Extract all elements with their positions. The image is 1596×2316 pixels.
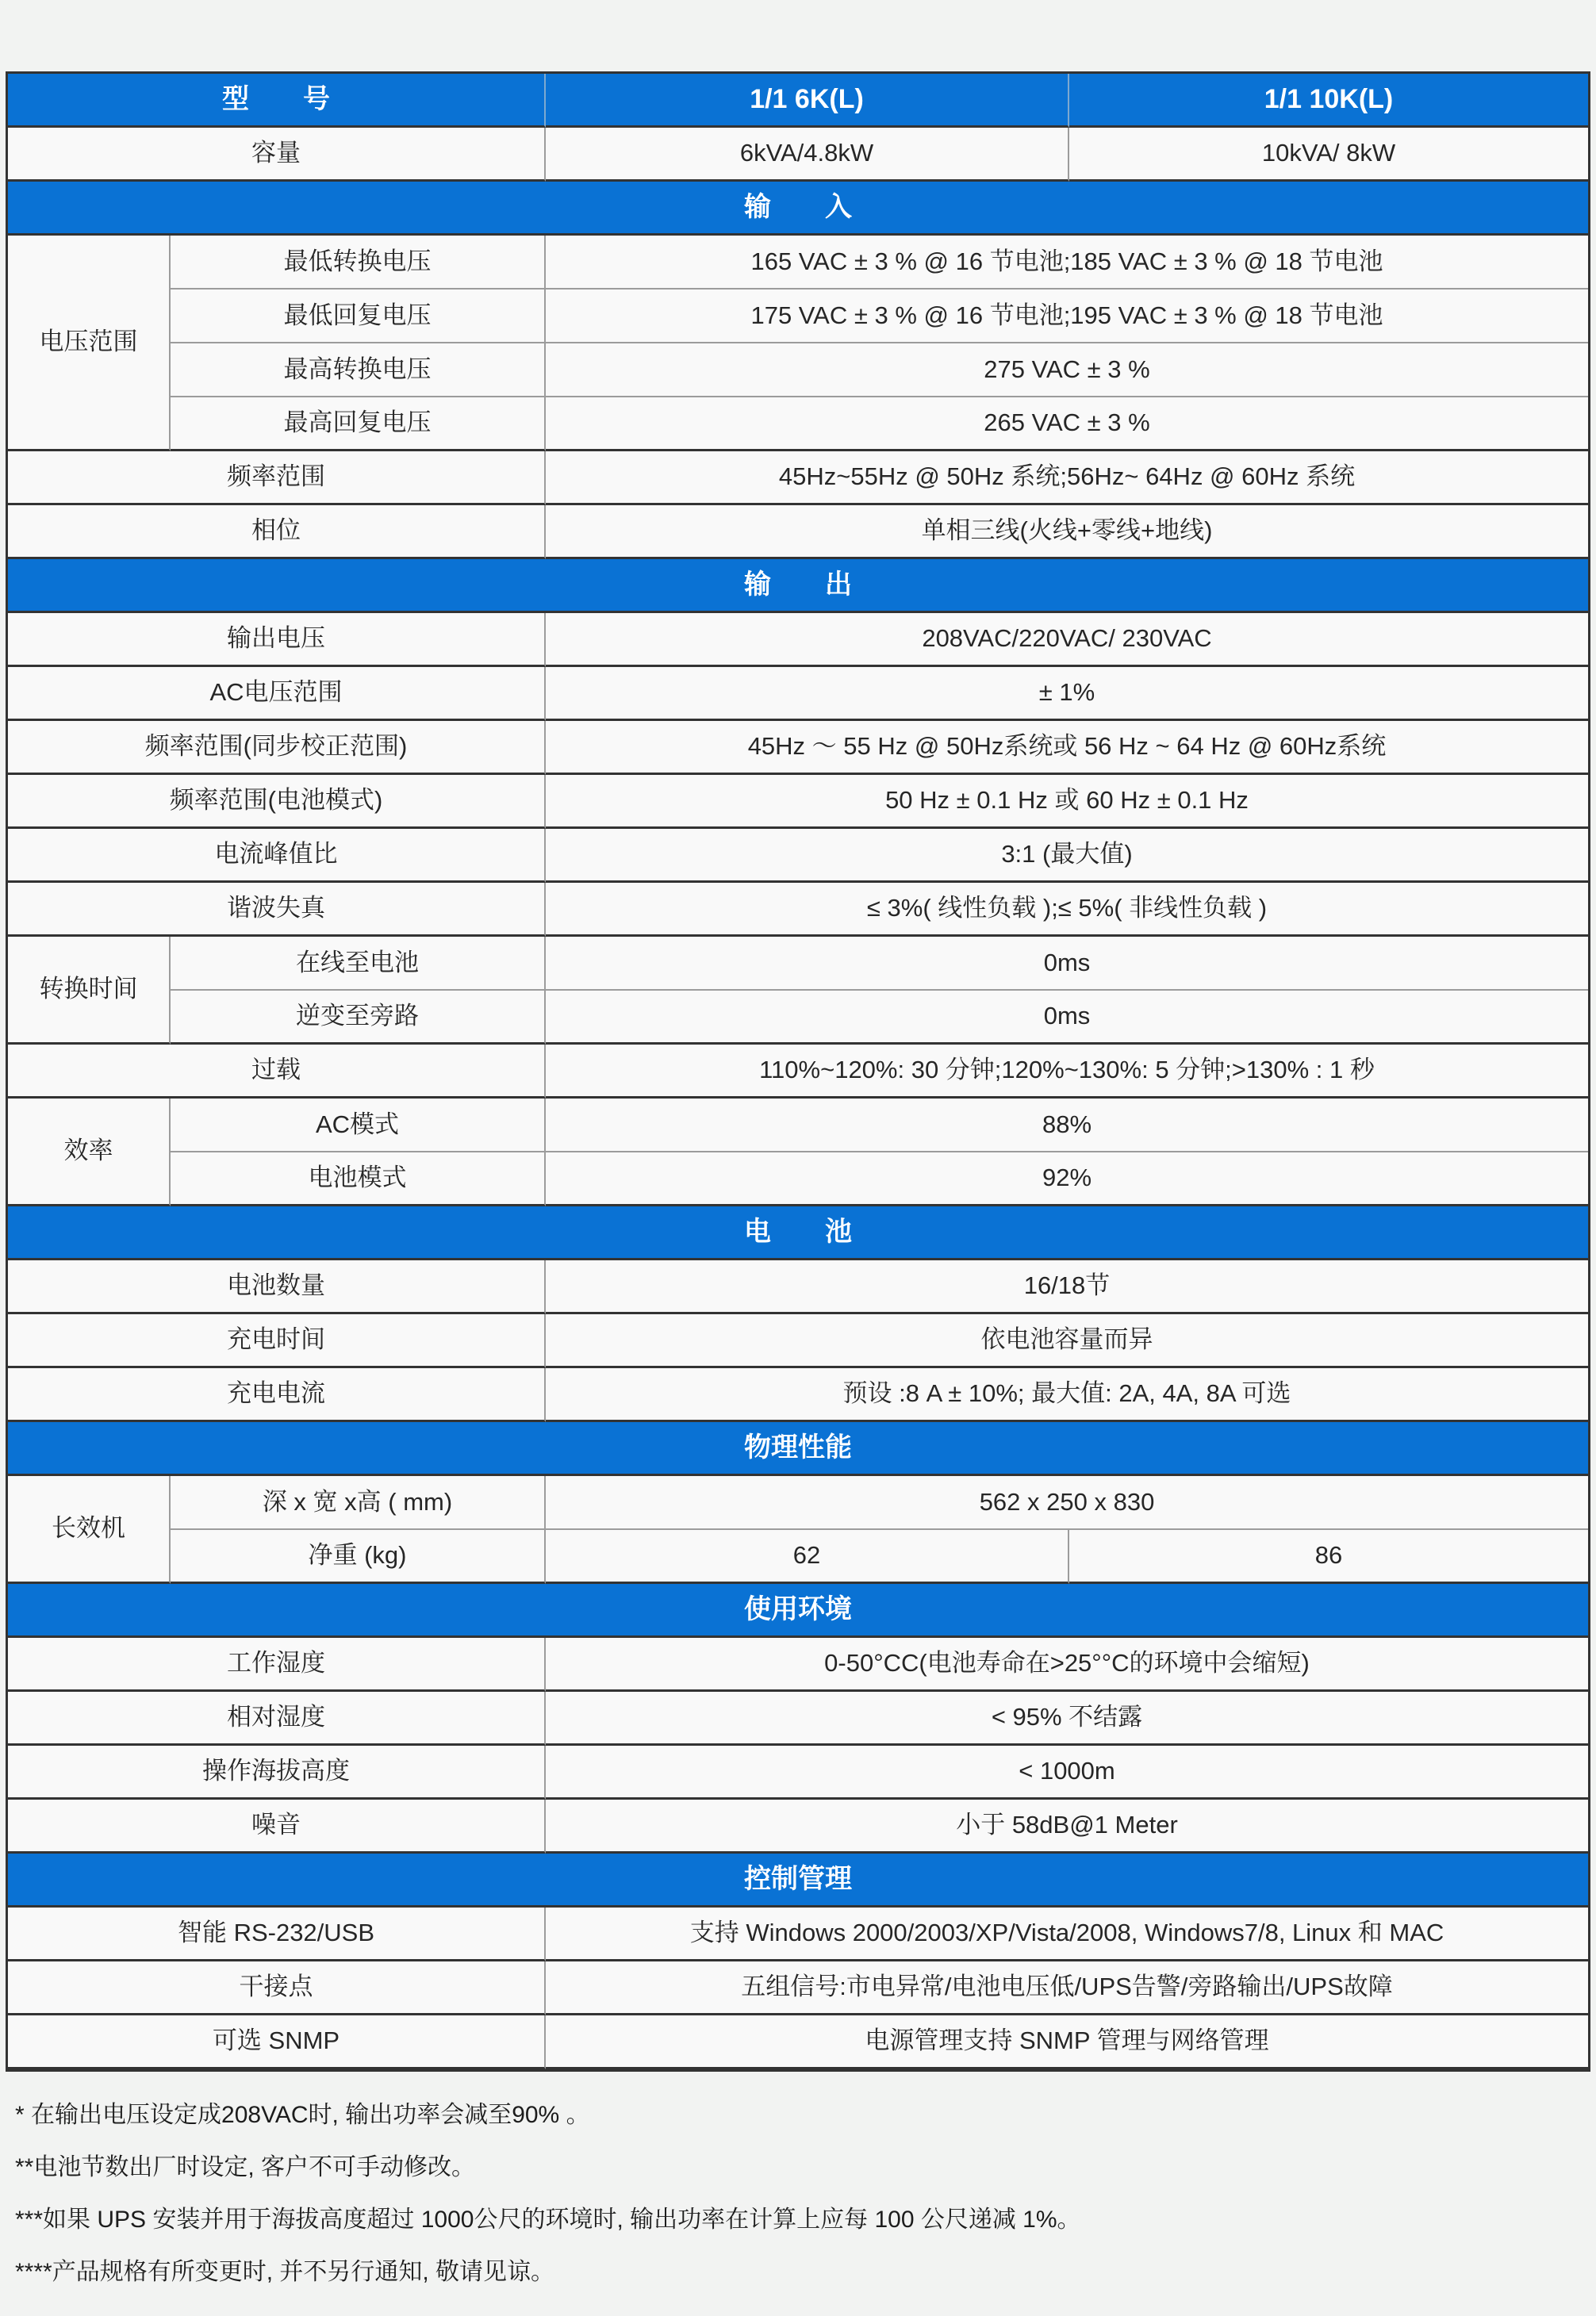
row-label: 相位 (8, 505, 546, 559)
row-label: 可选 SNMP (8, 2015, 546, 2069)
row-value: 0-50°CC(电池寿命在>25°°C的环境中会缩短) (546, 1638, 1588, 1692)
row-value: 45Hz~55Hz @ 50Hz 系统;56Hz~ 64Hz @ 60Hz 系统 (546, 451, 1588, 505)
footnote: **电池节数出厂时设定, 客户不可手动修改。 (15, 2151, 1590, 2184)
sub-row-label: 最高转换电压 (171, 343, 546, 397)
row-value: 62 (546, 1530, 1069, 1584)
row-label: 容量 (8, 128, 546, 182)
row-label: 过载 (8, 1045, 546, 1099)
row-label: 电池数量 (8, 1260, 546, 1314)
row-value: 275 VAC ± 3 % (546, 343, 1588, 397)
row-value: < 1000m (546, 1746, 1588, 1800)
row-value: 支持 Windows 2000/2003/XP/Vista/2008, Wind… (546, 1908, 1588, 1961)
row-label: 干接点 (8, 1961, 546, 2015)
section-bar: 控制管理 (8, 1854, 1588, 1908)
row-label: 操作海拔高度 (8, 1746, 546, 1800)
row-label: 谐波失真 (8, 883, 546, 937)
row-value: 175 VAC ± 3 % @ 16 节电池;195 VAC ± 3 % @ 1… (546, 289, 1588, 343)
section-bar: 输 出 (8, 559, 1588, 613)
row-value: 16/18节 (546, 1260, 1588, 1314)
group-label: 转换时间 (8, 937, 171, 1045)
section-bar-title: 输 入 (529, 190, 1067, 224)
row-value: < 95% 不结露 (546, 1692, 1588, 1746)
row-value: 小于 58dB@1 Meter (546, 1800, 1588, 1854)
spec-table: 型 号1/1 6K(L)1/1 10K(L)容量6kVA/4.8kW10kVA/… (6, 71, 1590, 2072)
row-label: 频率范围(同步校正范围) (8, 721, 546, 775)
row-value: 五组信号:市电异常/电池电压低/UPS告警/旁路输出/UPS故障 (546, 1961, 1588, 2015)
footnote: ***如果 UPS 安装并用于海拔高度超过 1000公尺的环境时, 输出功率在计… (15, 2203, 1590, 2237)
row-value: 50 Hz ± 0.1 Hz 或 60 Hz ± 0.1 Hz (546, 775, 1588, 829)
row-label: 电流峰值比 (8, 829, 546, 883)
section-bar-title: 电 池 (529, 1215, 1067, 1249)
row-value: 依电池容量而异 (546, 1314, 1588, 1368)
sub-row-label: 最低转换电压 (171, 236, 546, 289)
row-label: 相对湿度 (8, 1692, 546, 1746)
row-value: 6kVA/4.8kW (546, 128, 1069, 182)
row-value: ± 1% (546, 667, 1588, 721)
row-value: 110%~120%: 30 分钟;120%~130%: 5 分钟;>130% :… (546, 1045, 1588, 1099)
group-label: 长效机 (8, 1476, 171, 1584)
row-label: 智能 RS-232/USB (8, 1908, 546, 1961)
model-header-value: 1/1 10K(L) (1069, 74, 1588, 128)
row-value: 88% (546, 1099, 1588, 1152)
sub-row-label: 电池模式 (171, 1152, 546, 1206)
section-bar: 输 入 (8, 182, 1588, 236)
row-value: 3:1 (最大值) (546, 829, 1588, 883)
model-header-value: 1/1 6K(L) (546, 74, 1069, 128)
page: 型 号1/1 6K(L)1/1 10K(L)容量6kVA/4.8kW10kVA/… (0, 0, 1596, 2289)
sub-row-label: 净重 (kg) (171, 1530, 546, 1584)
section-bar: 电 池 (8, 1206, 1588, 1260)
sub-row-label: 逆变至旁路 (171, 991, 546, 1045)
row-label: 噪音 (8, 1800, 546, 1854)
group-label: 效率 (8, 1099, 171, 1206)
row-label: 充电电流 (8, 1368, 546, 1422)
footnote: * 在输出电压设定成208VAC时, 输出功率会减至90% 。 (15, 2099, 1590, 2132)
row-label: AC电压范围 (8, 667, 546, 721)
sub-row-label: 最低回复电压 (171, 289, 546, 343)
footnotes: * 在输出电压设定成208VAC时, 输出功率会减至90% 。**电池节数出厂时… (15, 2099, 1590, 2289)
section-bar-title: 控制管理 (529, 1862, 1067, 1896)
row-value: 10kVA/ 8kW (1069, 128, 1588, 182)
row-value: 86 (1069, 1530, 1588, 1584)
row-value: 165 VAC ± 3 % @ 16 节电池;185 VAC ± 3 % @ 1… (546, 236, 1588, 289)
row-value: 电源管理支持 SNMP 管理与网络管理 (546, 2015, 1588, 2069)
row-label: 工作湿度 (8, 1638, 546, 1692)
sub-row-label: 深 x 宽 x高 ( mm) (171, 1476, 546, 1530)
section-bar: 使用环境 (8, 1584, 1588, 1638)
group-label: 电压范围 (8, 236, 171, 451)
row-value: 208VAC/220VAC/ 230VAC (546, 613, 1588, 667)
row-value: 0ms (546, 991, 1588, 1045)
row-label: 频率范围(电池模式) (8, 775, 546, 829)
row-value: 92% (546, 1152, 1588, 1206)
row-label: 输出电压 (8, 613, 546, 667)
section-bar-title: 输 出 (529, 568, 1067, 602)
sub-row-label: 最高回复电压 (171, 397, 546, 451)
section-bar-title: 物理性能 (529, 1431, 1067, 1465)
section-bar-title: 使用环境 (529, 1593, 1067, 1627)
sub-row-label: AC模式 (171, 1099, 546, 1152)
row-value: 单相三线(火线+零线+地线) (546, 505, 1588, 559)
row-value: 562 x 250 x 830 (546, 1476, 1588, 1530)
row-value: 265 VAC ± 3 % (546, 397, 1588, 451)
row-value: 预设 :8 A ± 10%; 最大值: 2A, 4A, 8A 可选 (546, 1368, 1588, 1422)
row-label: 频率范围 (8, 451, 546, 505)
footnote: ****产品规格有所变更时, 并不另行通知, 敬请见谅。 (15, 2256, 1590, 2289)
row-label: 充电时间 (8, 1314, 546, 1368)
section-bar: 物理性能 (8, 1422, 1588, 1476)
row-value: 0ms (546, 937, 1588, 991)
model-header-label: 型 号 (8, 74, 546, 128)
sub-row-label: 在线至电池 (171, 937, 546, 991)
row-value: ≤ 3%( 线性负载 );≤ 5%( 非线性负载 ) (546, 883, 1588, 937)
row-value: 45Hz ～ 55 Hz @ 50Hz系统或 56 Hz ~ 64 Hz @ 6… (546, 721, 1588, 775)
